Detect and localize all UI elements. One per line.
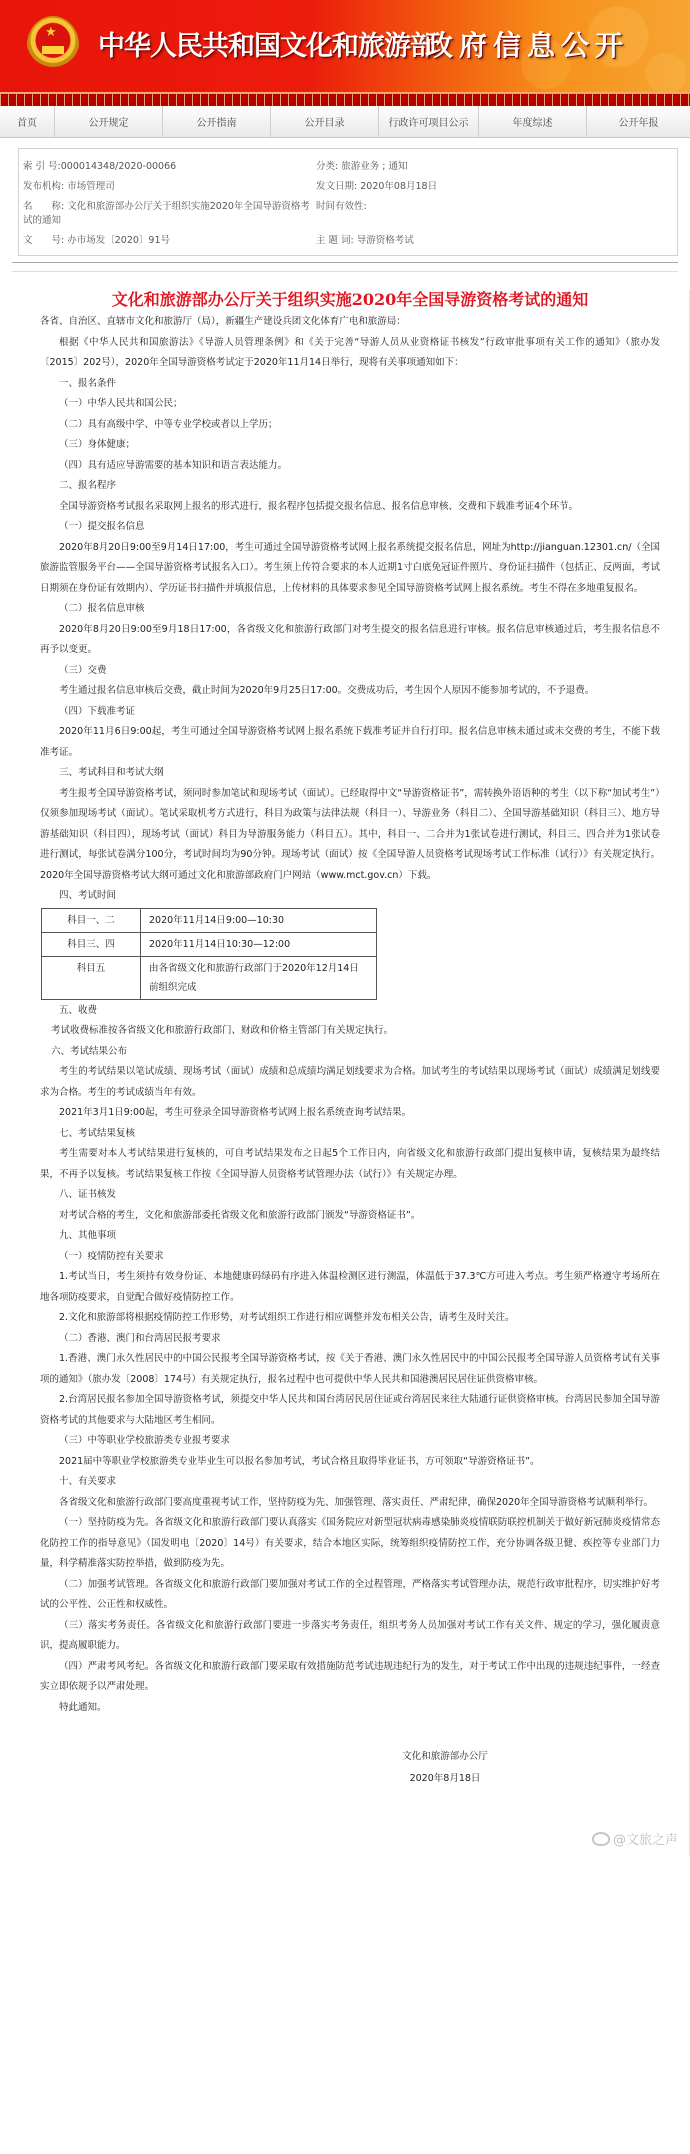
paragraph: 2020年11月6日9:00起，考生可通过全国导游资格考试网上报名系统下载准考证…	[40, 722, 660, 763]
section-title: 政府信息公开	[425, 24, 629, 64]
signature-date: 2020年8月18日	[370, 1768, 520, 1790]
paragraph: 1.香港、澳门永久性居民中的中国公民报考全国导游资格考试，按《关于香港、澳门永久…	[40, 1349, 660, 1390]
paragraph: 1.考试当日，考生须持有效身份证、本地健康码绿码有序进入体温检测区进行测温，体温…	[40, 1267, 660, 1308]
paragraph: 考试收费标准按各省级文化和旅游行政部门、财政和价格主管部门有关规定执行。	[40, 1021, 660, 1042]
meta-validity-label: 时间有效性:	[316, 201, 367, 212]
paragraph: 2021届中等职业学校旅游类专业毕业生可以报名参加考试，考试合格且取得毕业证书，…	[40, 1452, 660, 1473]
meta-index: 索 引 号:000014348/2020-00066	[23, 157, 316, 177]
paragraph: 考生通过报名信息审核后交费，截止时间为2020年9月25日17:00。交费成功后…	[40, 681, 660, 702]
paragraph: 2020年8月20日9:00至9月18日17:00，各省级文化和旅游行政部门对考…	[40, 620, 660, 661]
meta-name-value: 文化和旅游部办公厅关于组织实施2020年全国导游资格考试的通知	[23, 201, 310, 226]
meta-index-value: 000014348/2020-00066	[61, 161, 176, 172]
paragraph: 考生需要对本人考试结果进行复核的，可自考试结果发布之日起5个工作日内，向省级文化…	[40, 1144, 660, 1185]
section-heading: 九、其他事项	[40, 1226, 660, 1247]
subsection-heading: （一）疫情防控有关要求	[40, 1247, 660, 1268]
divider	[12, 271, 678, 272]
nav-annual-report[interactable]: 公开年报	[587, 106, 690, 137]
nav-home[interactable]: 首页	[0, 106, 55, 137]
main-nav: 首页 公开规定 公开指南 公开目录 行政许可项目公示 年度综述 公开年报	[0, 106, 690, 138]
page: ★ 中华人民共和国文化和旅游部 政府信息公开 首页 公开规定 公开指南 公开目录…	[0, 0, 690, 1856]
meta-keywords-label: 主 题 词:	[316, 235, 354, 246]
subsection-heading: （三）中等职业学校旅游类专业报考要求	[40, 1431, 660, 1452]
section-heading: 七、考试结果复核	[40, 1124, 660, 1145]
watermark-text: @文旅之声	[613, 1829, 678, 1848]
section-heading: 三、考试科目和考试大纲	[40, 763, 660, 784]
condition-item: （一）中华人民共和国公民；	[40, 394, 660, 415]
weibo-icon	[592, 1832, 610, 1846]
condition-item: （四）具有适应导游需要的基本知识和语言表达能力。	[40, 456, 660, 477]
meta-keywords: 主 题 词: 导游资格考试	[316, 231, 667, 251]
star-icon: ★	[45, 26, 57, 39]
paragraph: 对考试合格的考生，文化和旅游部委托省级文化和旅游行政部门颁发“导游资格证书”。	[40, 1206, 660, 1227]
nav-admin-license[interactable]: 行政许可项目公示	[379, 106, 479, 137]
section-heading: 五、收费	[40, 1001, 660, 1022]
meta-publisher: 发布机构: 市场管理司	[23, 177, 316, 197]
paragraph: 考生的考试结果以笔试成绩、现场考试（面试）成绩和总成绩均满足划线要求为合格。加试…	[40, 1062, 660, 1103]
paragraph: 2.文化和旅游部将根据疫情防控工作形势，对考试组织工作进行相应调整并发布相关公告…	[40, 1308, 660, 1329]
requirement-item: （一）坚持防疫为先。各省级文化和旅游行政部门要认真落实《国务院应对新型冠状病毒感…	[40, 1513, 660, 1575]
intro-paragraph: 根据《中华人民共和国旅游法》《导游人员管理条例》和《关于完善“导游人员从业资格证…	[40, 333, 660, 374]
meta-docno: 文 号: 办市场发〔2020〕91号	[23, 231, 316, 251]
table-row: 科目三、四 2020年11月14日10:30—12:00	[42, 932, 377, 956]
condition-item: （三）身体健康；	[40, 435, 660, 456]
meta-category-label: 分类:	[316, 161, 338, 172]
table-row: 科目五 由各省级文化和旅游行政部门于2020年12月14日前组织完成	[42, 956, 377, 999]
meta-publisher-value: 市场管理司	[67, 181, 115, 192]
exam-schedule-table: 科目一、二 2020年11月14日9:00—10:30 科目三、四 2020年1…	[41, 908, 377, 1000]
paragraph: 全国导游资格考试报名采取网上报名的形式进行，报名程序包括提交报名信息、报名信息审…	[40, 497, 660, 518]
nav-disclosure-guide[interactable]: 公开指南	[163, 106, 271, 137]
article-title: 文化和旅游部办公厅关于组织实施2020年全国导游资格考试的通知	[40, 290, 660, 310]
subject-cell: 科目五	[42, 956, 141, 999]
condition-item: （二）具有高级中学、中等专业学校或者以上学历；	[40, 415, 660, 436]
ministry-name: 中华人民共和国文化和旅游部	[98, 24, 436, 63]
site-banner: ★ 中华人民共和国文化和旅游部 政府信息公开	[0, 0, 690, 92]
spacer	[40, 1790, 660, 1856]
requirement-item: （四）严肃考风考纪。各省级文化和旅游行政部门要采取有效措施防范考试违规违纪行为的…	[40, 1657, 660, 1698]
closing-text: 特此通知。	[40, 1698, 660, 1719]
subsection-heading: （一）提交报名信息	[40, 517, 660, 538]
subject-cell: 科目三、四	[42, 932, 141, 956]
meta-validity: 时间有效性:	[316, 197, 667, 231]
section-heading: 二、报名程序	[40, 476, 660, 497]
subsection-heading: （四）下载准考证	[40, 702, 660, 723]
table-row: 科目一、二 2020年11月14日9:00—10:30	[42, 908, 377, 932]
meta-docno-label: 文 号:	[23, 235, 64, 246]
section-heading: 一、报名条件	[40, 374, 660, 395]
meta-docno-value: 办市场发〔2020〕91号	[67, 235, 170, 246]
section-heading: 四、考试时间	[40, 886, 660, 907]
section-heading: 六、考试结果公布	[40, 1042, 660, 1063]
national-emblem-icon: ★	[27, 16, 79, 74]
meta-category: 分类: 旅游业务 ; 通知	[316, 157, 667, 177]
meta-name-label: 名 称:	[23, 201, 64, 212]
meta-date: 发文日期: 2020年08月18日	[316, 177, 667, 197]
meta-date-value: 2020年08月18日	[360, 181, 437, 192]
nav-disclosure-catalog[interactable]: 公开目录	[271, 106, 379, 137]
subsection-heading: （二）香港、澳门和台湾居民报考要求	[40, 1329, 660, 1350]
salutation: 各省、自治区、直辖市文化和旅游厅（局），新疆生产建设兵团文化体育广电和旅游局：	[40, 312, 660, 333]
divider	[12, 262, 678, 263]
signature-office: 文化和旅游部办公厅	[370, 1746, 520, 1768]
meta-publisher-label: 发布机构:	[23, 181, 64, 192]
weibo-watermark: @文旅之声	[592, 1829, 678, 1848]
nav-annual-summary[interactable]: 年度综述	[479, 106, 587, 137]
gate-icon	[42, 46, 64, 54]
decorative-fret-border	[0, 92, 690, 106]
subsection-heading: （三）交费	[40, 661, 660, 682]
paragraph: 各省级文化和旅游行政部门要高度重视考试工作，坚持防疫为先、加强管理、落实责任、严…	[40, 1493, 660, 1514]
time-cell: 2020年11月14日9:00—10:30	[141, 908, 377, 932]
paragraph: 2.台湾居民报名参加全国导游资格考试，须提交中华人民共和国台湾居民居住证或台湾居…	[40, 1390, 660, 1431]
subject-cell: 科目一、二	[42, 908, 141, 932]
paragraph: 考生报考全国导游资格考试，须同时参加笔试和现场考试（面试）。已经取得中文“导游资…	[40, 784, 660, 887]
requirement-item: （二）加强考试管理。各省级文化和旅游行政部门要加强对考试工作的全过程管理，严格落…	[40, 1575, 660, 1616]
meta-date-label: 发文日期:	[316, 181, 357, 192]
time-cell: 2020年11月14日10:30—12:00	[141, 932, 377, 956]
article-body: 文化和旅游部办公厅关于组织实施2020年全国导游资格考试的通知 各省、自治区、直…	[0, 290, 690, 1856]
meta-keywords-value: 导游资格考试	[357, 235, 414, 246]
paragraph: 2021年3月1日9:00起，考生可登录全国导游资格考试网上报名系统查询考试结果…	[40, 1103, 660, 1124]
subsection-heading: （二）报名信息审核	[40, 599, 660, 620]
meta-name: 名 称: 文化和旅游部办公厅关于组织实施2020年全国导游资格考试的通知	[23, 197, 316, 231]
time-cell: 由各省级文化和旅游行政部门于2020年12月14日前组织完成	[141, 956, 377, 999]
section-heading: 十、有关要求	[40, 1472, 660, 1493]
nav-disclosure-rules[interactable]: 公开规定	[55, 106, 163, 137]
meta-category-value: 旅游业务 ; 通知	[341, 161, 407, 172]
section-heading: 八、证书核发	[40, 1185, 660, 1206]
requirement-item: （三）落实考务责任。各省级文化和旅游行政部门要进一步落实考务责任，组织考务人员加…	[40, 1616, 660, 1657]
document-metadata: 索 引 号:000014348/2020-00066 分类: 旅游业务 ; 通知…	[18, 148, 678, 256]
paragraph: 2020年8月20日9:00至9月14日17:00，考生可通过全国导游资格考试网…	[40, 538, 660, 600]
meta-index-label: 索 引 号:	[23, 161, 61, 172]
